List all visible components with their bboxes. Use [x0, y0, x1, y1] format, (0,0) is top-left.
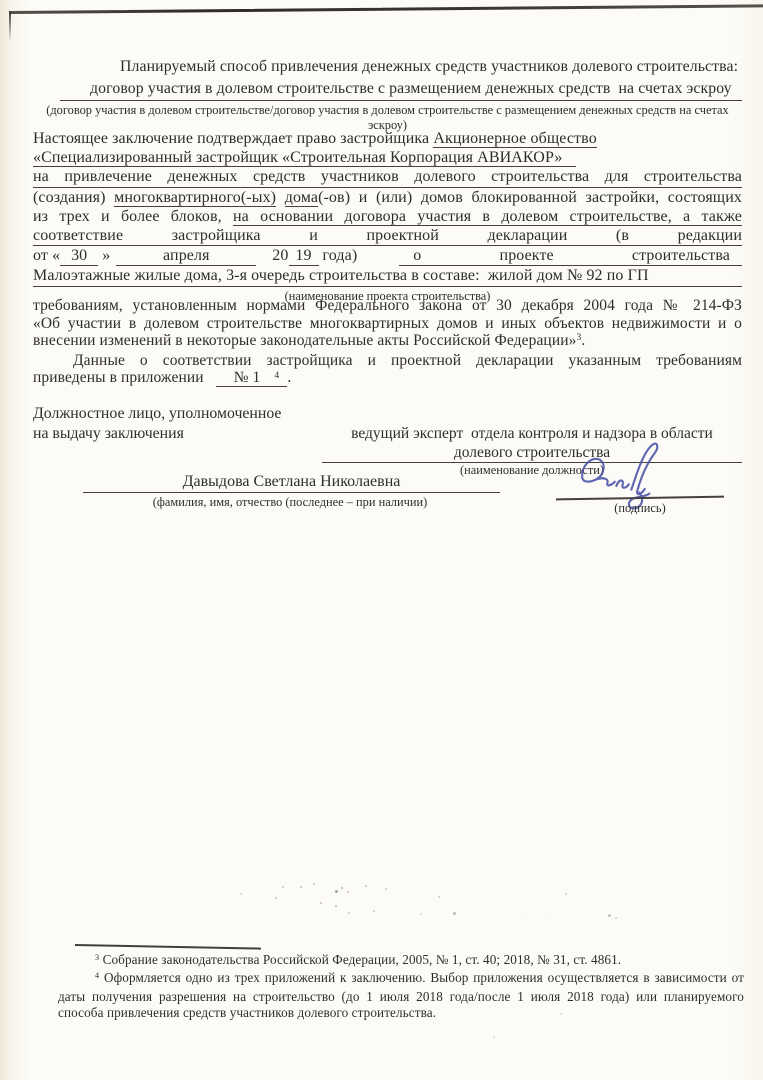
date-ot: от « — [33, 246, 60, 265]
scan-speck — [565, 893, 567, 895]
statute-line-3: внесении изменений в некоторые законодат… — [33, 332, 742, 352]
funding-method-value: договор участия в долевом строительстве … — [60, 78, 742, 101]
statute-line-3-text: внесении изменений в некоторые законодат… — [33, 332, 576, 349]
scan-speck — [335, 890, 338, 893]
project-phrase-stroitelstva: строительства — [632, 246, 730, 265]
footnote-4-ref: 4 — [95, 971, 99, 980]
footnote-3-text: Собрание законодательства Российской Фед… — [103, 952, 622, 967]
attract-funds-line: на привлечение денежных средств участник… — [33, 167, 742, 187]
confirmation-section: Настоящее заключение подтверждает право … — [33, 129, 742, 305]
scan-edge-corner-line — [9, 11, 11, 41]
creation-underlined-2: дома — [285, 189, 318, 207]
blocks-line: из трех и более блоков, на основании дог… — [33, 207, 742, 226]
official-label-line-2: на выдачу заключения — [33, 424, 281, 444]
scan-speck — [453, 912, 456, 915]
creation-line: (создания) многоквартирного(-ых) дома(-о… — [33, 188, 742, 207]
scan-speck — [493, 1036, 495, 1038]
compliance-line: соответствие застройщика и проектной дек… — [33, 226, 742, 246]
scan-speck — [282, 886, 284, 888]
scan-speck — [341, 887, 343, 889]
scan-speck — [275, 897, 277, 899]
statute-footnote-ref: 3 — [576, 332, 581, 343]
footnote-3-ref: 3 — [95, 953, 99, 962]
official-label: Должностное лицо, уполномоченное на выда… — [33, 404, 281, 444]
date-year: 19 — [289, 246, 319, 266]
appendix-line-1: Данные о соответствии застройщика и прое… — [33, 352, 742, 370]
footnote-4-line-3: способа привлечения средств участников д… — [58, 1005, 744, 1021]
statute-period: . — [581, 332, 585, 349]
appendix-number: № 1 — [234, 369, 261, 386]
official-label-line-1: Должностное лицо, уполномоченное — [33, 404, 281, 424]
project-name-line: Малоэтажные жилые дома, 3-я очередь стро… — [33, 266, 742, 286]
scan-speck — [365, 885, 367, 887]
blocks-plain-text: из трех и более блоков, — [33, 208, 222, 225]
developer-type: Акционерное общество — [433, 130, 596, 148]
funding-method-label: Планируемый способ привлечения денежных … — [33, 56, 742, 78]
edition-date-line: от « 30 » апреля 20 19 года) о проекте с… — [33, 246, 742, 266]
scan-speck — [545, 915, 546, 916]
scan-speck — [300, 886, 302, 888]
funding-method-caption: (договор участия в долевом строительстве… — [33, 103, 742, 132]
scanned-document-page: Планируемый способ привлечения денежных … — [0, 0, 763, 1080]
scan-speck — [520, 913, 521, 914]
statute-line-2: «Об участии в долевом строительстве мног… — [33, 315, 742, 333]
blocks-underlined-text: на основании договора участия в долевом … — [233, 208, 742, 226]
footnote-3: 3 Собрание законодательства Российской Ф… — [58, 952, 744, 970]
official-name: Давыдова Светлана Николаевна — [83, 472, 500, 493]
appendix-intro: приведены в приложении — [33, 369, 204, 386]
scan-edge-top-line — [9, 4, 763, 13]
appendix-period: . — [287, 369, 291, 386]
scan-speck — [348, 912, 350, 914]
signature-caption: (подпись) — [556, 501, 724, 516]
scan-speck — [335, 905, 337, 907]
funding-method-section: Планируемый способ привлечения денежных … — [33, 56, 742, 132]
footnote-4-text-1: Оформляется одно из трех приложений к за… — [104, 970, 744, 985]
appendix-line-2: приведены в приложении № 14. — [33, 369, 742, 389]
project-phrase: о проекте строительства — [399, 246, 742, 266]
scan-speck — [608, 914, 611, 917]
date-goda: года) — [323, 246, 358, 265]
official-name-caption: (фамилия, имя, отчество (последнее – при… — [70, 495, 510, 510]
date-day: 30 — [60, 246, 98, 266]
confirmation-intro-line: Настоящее заключение подтверждает право … — [33, 129, 742, 148]
footnote-4-line-2: даты получения разрешения на строительст… — [58, 989, 744, 1005]
scan-speck — [320, 902, 322, 904]
scan-speck — [373, 910, 375, 912]
statute-section: требованиям, установленным нормами Федер… — [33, 297, 742, 389]
creation-underlined-1: многоквартирного(-ых) — [114, 189, 276, 207]
footnote-separator — [75, 944, 261, 949]
scan-speck — [615, 917, 617, 919]
date-quote: » — [102, 246, 110, 265]
creation-plain-2: (-ов) и (или) домов блокированной застро… — [318, 189, 742, 206]
appendix-footnote-ref: 4 — [274, 370, 279, 381]
statute-line-1: требованиям, установленным нормами Федер… — [33, 297, 742, 315]
footnote-4-line-1: 4 Оформляется одно из трех приложений к … — [58, 970, 744, 988]
scan-speck — [385, 888, 387, 890]
scan-speck — [347, 891, 349, 893]
project-phrase-proekte: проекте — [500, 246, 554, 265]
appendix-number-segment: № 14 — [216, 369, 288, 387]
creation-plain-1: (создания) — [33, 189, 106, 206]
date-month: апреля — [116, 246, 256, 266]
scan-speck — [313, 883, 315, 885]
scan-speck — [438, 896, 440, 898]
confirmation-intro-text: Настоящее заключение подтверждает право … — [33, 130, 429, 147]
date-year-prefix: 20 — [272, 246, 288, 265]
scan-speck — [560, 1013, 562, 1015]
project-phrase-o: о — [413, 246, 421, 265]
scan-speck — [420, 913, 422, 915]
developer-name-line: «Специализированный застройщик «Строител… — [33, 148, 742, 167]
developer-name: «Специализированный застройщик «Строител… — [33, 149, 576, 167]
scan-speck — [240, 893, 242, 895]
footnotes-block: 3 Собрание законодательства Российской Ф… — [58, 952, 744, 1021]
